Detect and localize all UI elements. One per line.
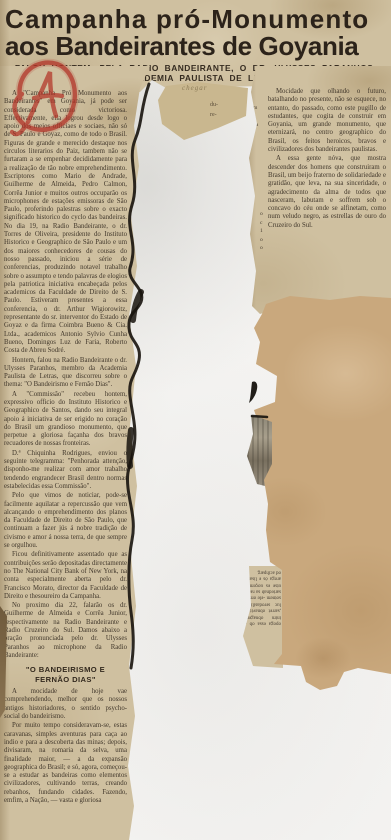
headline-line-1: Campanha pró-Monumento bbox=[5, 5, 387, 33]
paragraph: No proximo dia 22, falarão os dr. Guilhe… bbox=[4, 602, 127, 660]
paragraph: Hontem, falou na Radio Bandeirante o dr.… bbox=[4, 357, 127, 390]
right-column-piece: m n da o c 1 o o Mocidade que olhando o … bbox=[246, 66, 391, 322]
paragraph: Pelo que vimos de noticiar, pode-se faci… bbox=[4, 492, 127, 550]
section-heading: "O BANDEIRISMO E FERNÃO DIAS" bbox=[8, 665, 123, 684]
paragraph: Por muito tempo consideravam-se, estas c… bbox=[4, 722, 127, 805]
paragraph: A "Campanha Pró Monumento aos Bandeirant… bbox=[4, 90, 127, 356]
paragraph: A essa gente nóva, que mostra descender … bbox=[268, 155, 386, 230]
left-column-text: A "Campanha Pró Monumento aos Bandeirant… bbox=[4, 90, 127, 806]
torn-edge-letters: o c 1 o o bbox=[260, 210, 263, 253]
headline-line-2: aos Bandeirantes de Goyania bbox=[5, 33, 387, 60]
fragment-word: chegar bbox=[182, 84, 207, 92]
paragraph: Ficou definitivamente assentado que as c… bbox=[4, 551, 127, 601]
paragraph: Mocidade que olhando o futuro, batalhand… bbox=[268, 88, 386, 154]
headline: Campanha pró-Monumento aos Bandeirantes … bbox=[0, 0, 391, 60]
paragraph: A "Commissão" recebeu hontem, expressivo… bbox=[4, 391, 127, 449]
left-column-strip: A "Campanha Pró Monumento aos Bandeirant… bbox=[0, 66, 150, 840]
paragraph: D.ª Chiquinha Rodrigues, enviou o seguin… bbox=[4, 450, 127, 491]
fragment-letters: du- re- bbox=[210, 100, 218, 120]
paragraph: A mocidade de hoje vae comprehendendo, m… bbox=[4, 688, 127, 721]
newspaper-clipping-photo: Campanha pró-Monumento aos Bandeirantes … bbox=[0, 0, 391, 840]
right-column-text: Mocidade que olhando o futuro, batalhand… bbox=[268, 88, 386, 231]
